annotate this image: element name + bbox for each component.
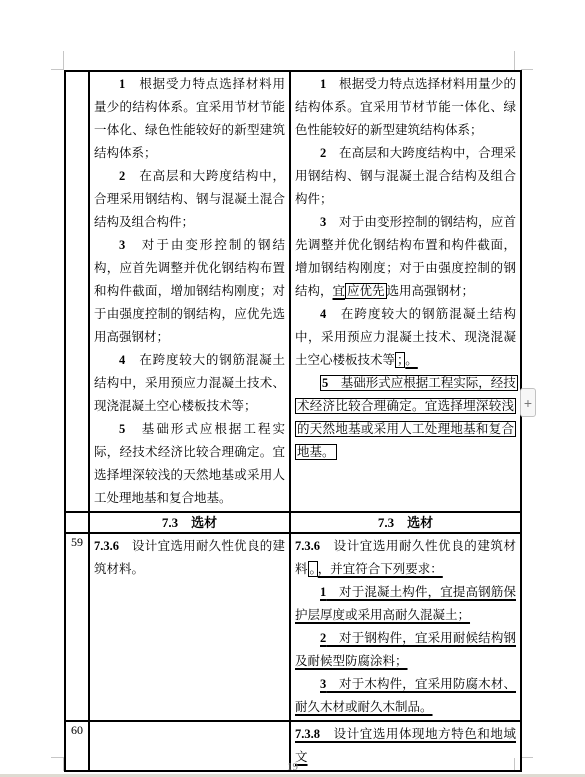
revised-paragraph-4: 4 在跨度较大的钢筋混凝土结构中，采用预应力混凝土技术、现浇混凝土空心楼板技术等… [295,303,516,372]
crop-mark-top-right-h [521,69,533,70]
comparison-table: 1 根据受力特点选择材料用量少的结构体系。宜采用节材节能一体化、绿色性能较好的新… [64,70,522,772]
item-text: 对于木构件，宜采用防腐木材、耐久木材或耐久木制品。 [295,677,516,714]
original-paragraph-5: 5 基础形式应根据工程实际，经技术经济比较合理确定。宜选择埋深较浅的天然地基或采… [94,418,285,510]
cell-original-clause-736: 7.3.6 设计宜选用耐久性优良的建筑材料。 [89,533,290,721]
clause-number: 7.3.6 [295,539,320,553]
clause-text: 设计宜选用耐久性优良的建筑材料。 [94,539,285,576]
row-number-cell: 59 [65,533,89,721]
section-title: 7.3 选材 [94,514,285,531]
clause-number: 7.3.8 [295,727,320,741]
revised-paragraph-3: 3 对于由变形控制的钢结构，应首先调整并优化钢结构布置和构件截面，增加钢结构刚度… [295,211,516,303]
clause-number: 7.3.6 [94,539,119,553]
revised-subitem-3: 3 对于木构件，宜采用防腐木材、耐久木材或耐久木制品。 [295,673,516,719]
crop-mark-top-left-h [51,69,64,70]
clause-paragraph: 7.3.6 设计宜选用耐久性优良的建筑材料。 [94,535,285,581]
revised-paragraph-1: 1 根据受力特点选择材料用量少的结构体系。宜采用节材节能一体化、绿色性能较好的新… [295,73,516,142]
document-page: 1 根据受力特点选择材料用量少的结构体系。宜采用节材节能一体化、绿色性能较好的新… [0,0,585,777]
inserted-text: 。 [405,353,418,367]
row-number-cell-empty [65,512,89,533]
paragraph-text: 在高层和大跨度结构中，合理采用钢结构、钢与混凝土混合结构及组合构件； [295,146,516,206]
deleted-text-box: 应优先 [345,283,387,299]
revised-paragraph-5: 5 基础形式应根据工程实际，经技术经济比较合理确定。宜选择埋深较浅的天然地基或采… [295,372,516,464]
cell-revised-text: 1 根据受力特点选择材料用量少的结构体系。宜采用节材节能一体化、绿色性能较好的新… [290,71,521,512]
table-row-section-header: 7.3 选材 7.3 选材 [65,512,521,533]
cell-section-title-left: 7.3 选材 [89,512,290,533]
revised-paragraph-2: 2 在高层和大跨度结构中，合理采用钢结构、钢与混凝土混合结构及组合构件； [295,142,516,211]
item-text: 对于混凝土构件，宜提高钢筋保护层厚度或采用高耐久混凝土； [295,585,516,622]
table-row-59: 59 7.3.6 设计宜选用耐久性优良的建筑材料。 7.3.6 设计宜选用耐久性… [65,533,521,721]
clause-paragraph: 7.3.6 设计宜选用耐久性优良的建筑材料。，并宜符合下列要求： [295,535,516,581]
inserted-text: ，并宜符合下列要求： [318,562,443,576]
original-paragraph-1: 1 根据受力特点选择材料用量少的结构体系。宜采用节材节能一体化、绿色性能较好的新… [94,73,285,165]
clause-text: 设计宜选用体现地方特色和地域文 [295,727,516,764]
insert-plus-button[interactable]: + [520,388,536,417]
revised-subitem-1: 1 对于混凝土构件，宜提高钢筋保护层厚度或采用高耐久混凝土； [295,581,516,627]
cell-section-title-right: 7.3 选材 [290,512,521,533]
footer-page-number: 19 [0,761,585,773]
original-paragraph-3: 3 对于由变形控制的钢结构，应首先调整并优化钢结构布置和构件截面，增加钢结构刚度… [94,234,285,349]
item-text: 对于钢构件，宜采用耐候结构钢及耐候型防腐涂料； [295,631,516,668]
crop-mark-bottom-right-h [521,757,533,758]
deleted-text-box: 。 [308,561,318,577]
revised-subitem-2: 2 对于钢构件，宜采用耐候结构钢及耐候型防腐涂料； [295,627,516,673]
crop-mark-top-right-v [514,51,515,70]
table-row-main: 1 根据受力特点选择材料用量少的结构体系。宜采用节材节能一体化、绿色性能较好的新… [65,71,521,512]
cell-original-text: 1 根据受力特点选择材料用量少的结构体系。宜采用节材节能一体化、绿色性能较好的新… [89,71,290,512]
paragraph-text: 根据受力特点选择材料用量少的结构体系。宜采用节材节能一体化、绿色性能较好的新型建… [295,77,516,137]
original-paragraph-2: 2 在高层和大跨度结构中，合理采用钢结构、钢与混凝土混合结构及组合构件； [94,165,285,234]
deleted-text-box: ； [395,352,405,368]
section-title: 7.3 选材 [295,514,516,531]
original-paragraph-4: 4 在跨度较大的钢筋混凝土结构中，采用预应力混凝土技术、现浇混凝土空心楼板技术等… [94,349,285,418]
paragraph-text: 基础形式应根据工程实际，经技术经济比较合理确定。宜选择埋深较浅的天然地基或采用人… [297,376,516,459]
deleted-paragraph-box: 5 基础形式应根据工程实际，经技术经济比较合理确定。宜选择埋深较浅的天然地基或采… [295,375,518,460]
row-number-cell-empty [65,71,89,512]
paragraph-text: 选用高强钢材； [387,284,475,298]
crop-mark-top-left-v [63,51,64,70]
inserted-text: 宜 [333,284,346,298]
crop-mark-bottom-left-h [51,757,64,758]
cell-revised-clause-736: 7.3.6 设计宜选用耐久性优良的建筑材料。，并宜符合下列要求： 1 对于混凝土… [290,533,521,721]
paragraph-text: 对于由变形控制的钢结构，应首先调整并优化钢结构布置和构件截面，增加钢结构刚度；对… [94,238,285,344]
